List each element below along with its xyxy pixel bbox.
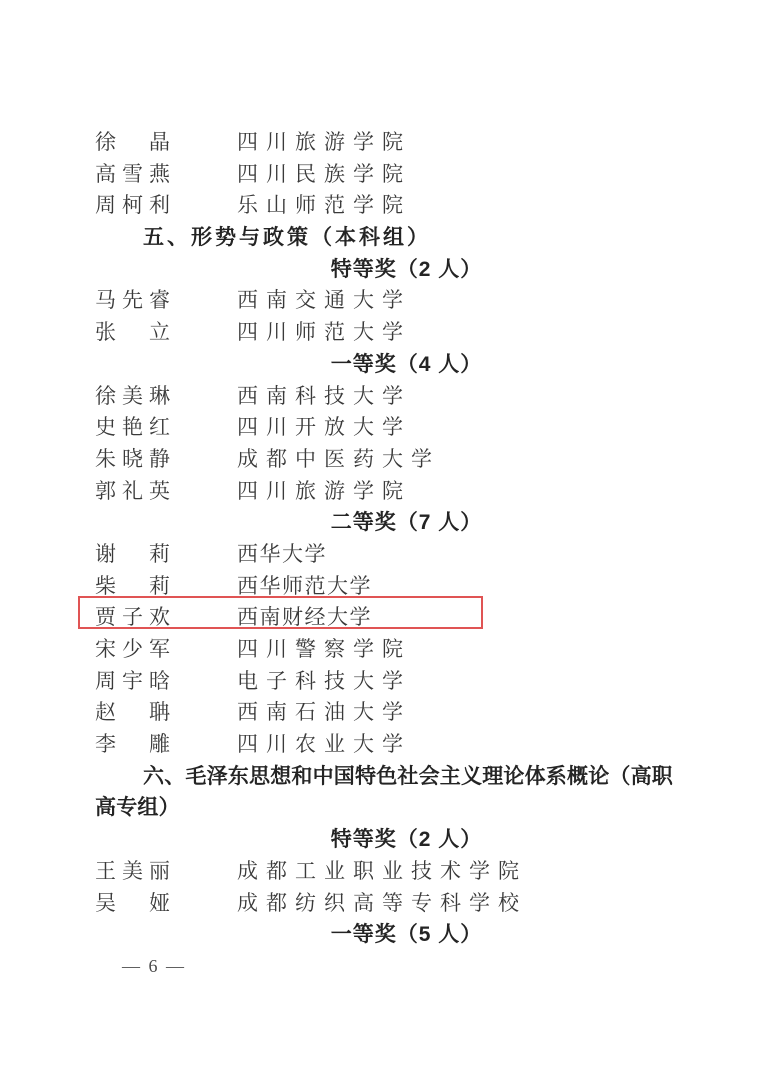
awardee-school: 西华师范大学	[237, 571, 372, 603]
award-entry-row: 王美丽 成都工业职业技术学院	[95, 856, 690, 888]
document-page: 徐 晶 四川旅游学院 高雪燕 四川民族学院 周柯利 乐山师范学院 五、形势与政策…	[0, 0, 765, 1080]
awardee-name: 吴 娅	[95, 888, 237, 920]
award-entry-row: 马先睿 西南交通大学	[95, 285, 690, 317]
awardee-school: 西南石油大学	[237, 697, 411, 729]
awardee-name: 谢 莉	[95, 539, 237, 571]
awardee-name: 徐 晶	[95, 127, 237, 159]
award-entry-row: 徐 晶 四川旅游学院	[95, 127, 690, 159]
awardee-school: 成都工业职业技术学院	[237, 856, 527, 888]
awardee-school: 西华大学	[237, 539, 327, 571]
awardee-school: 西南财经大学	[237, 602, 372, 634]
awardee-name: 周柯利	[95, 190, 237, 222]
awardee-name: 高雪燕	[95, 159, 237, 191]
awardee-name: 郭礼英	[95, 476, 237, 508]
award-entry-row-highlighted: 贾子欢 西南财经大学	[95, 602, 690, 634]
awardee-school: 成都中医药大学	[237, 444, 440, 476]
awardee-school: 四川旅游学院	[237, 127, 411, 159]
awardee-name: 朱晓静	[95, 444, 237, 476]
award-entry-row: 吴 娅 成都纺织高等专科学校	[95, 888, 690, 920]
award-entry-row: 史艳红 四川开放大学	[95, 412, 690, 444]
award-entry-row: 周宇晗 电子科技大学	[95, 666, 690, 698]
awardee-school: 成都纺织高等专科学校	[237, 888, 527, 920]
award-entry-row: 李 雕 四川农业大学	[95, 729, 690, 761]
section-heading-6: 六、毛泽东思想和中国特色社会主义理论体系概论（高职高专组）	[95, 761, 690, 824]
award-tier-heading: 一等奖（4 人）	[95, 349, 690, 381]
awardee-name: 赵 聃	[95, 697, 237, 729]
award-entry-row: 赵 聃 西南石油大学	[95, 697, 690, 729]
award-entry-row: 谢 莉 西华大学	[95, 539, 690, 571]
award-entry-row: 高雪燕 四川民族学院	[95, 159, 690, 191]
awardee-name: 宋少军	[95, 634, 237, 666]
award-tier-heading: 特等奖（2 人）	[95, 824, 690, 856]
awardee-name: 李 雕	[95, 729, 237, 761]
awardee-school: 四川农业大学	[237, 729, 411, 761]
awardee-name: 张 立	[95, 317, 237, 349]
awardee-name: 王美丽	[95, 856, 237, 888]
awardee-school: 乐山师范学院	[237, 190, 411, 222]
section-heading-5: 五、形势与政策（本科组）	[95, 222, 690, 254]
awardee-school: 四川民族学院	[237, 159, 411, 191]
awardee-name: 贾子欢	[95, 602, 237, 634]
awardee-name: 史艳红	[95, 412, 237, 444]
award-entry-row: 郭礼英 四川旅游学院	[95, 476, 690, 508]
award-tier-heading: 一等奖（5 人）	[95, 919, 690, 951]
award-entry-row: 柴 莉 西华师范大学	[95, 571, 690, 603]
award-entry-row: 朱晓静 成都中医药大学	[95, 444, 690, 476]
award-tier-heading: 特等奖（2 人）	[95, 254, 690, 286]
awardee-school: 西南科技大学	[237, 381, 411, 413]
award-entry-row: 张 立 四川师范大学	[95, 317, 690, 349]
award-list: 徐 晶 四川旅游学院 高雪燕 四川民族学院 周柯利 乐山师范学院 五、形势与政策…	[95, 127, 690, 951]
awardee-name: 周宇晗	[95, 666, 237, 698]
awardee-name: 柴 莉	[95, 571, 237, 603]
awardee-school: 四川旅游学院	[237, 476, 411, 508]
awardee-school: 西南交通大学	[237, 285, 411, 317]
awardee-school: 四川师范大学	[237, 317, 411, 349]
award-entry-row: 周柯利 乐山师范学院	[95, 190, 690, 222]
page-number: — 6 —	[122, 956, 186, 977]
award-tier-heading: 二等奖（7 人）	[95, 507, 690, 539]
awardee-name: 徐美琳	[95, 381, 237, 413]
awardee-school: 四川警察学院	[237, 634, 411, 666]
awardee-school: 四川开放大学	[237, 412, 411, 444]
award-entry-row: 宋少军 四川警察学院	[95, 634, 690, 666]
awardee-name: 马先睿	[95, 285, 237, 317]
awardee-school: 电子科技大学	[237, 666, 411, 698]
award-entry-row: 徐美琳 西南科技大学	[95, 381, 690, 413]
